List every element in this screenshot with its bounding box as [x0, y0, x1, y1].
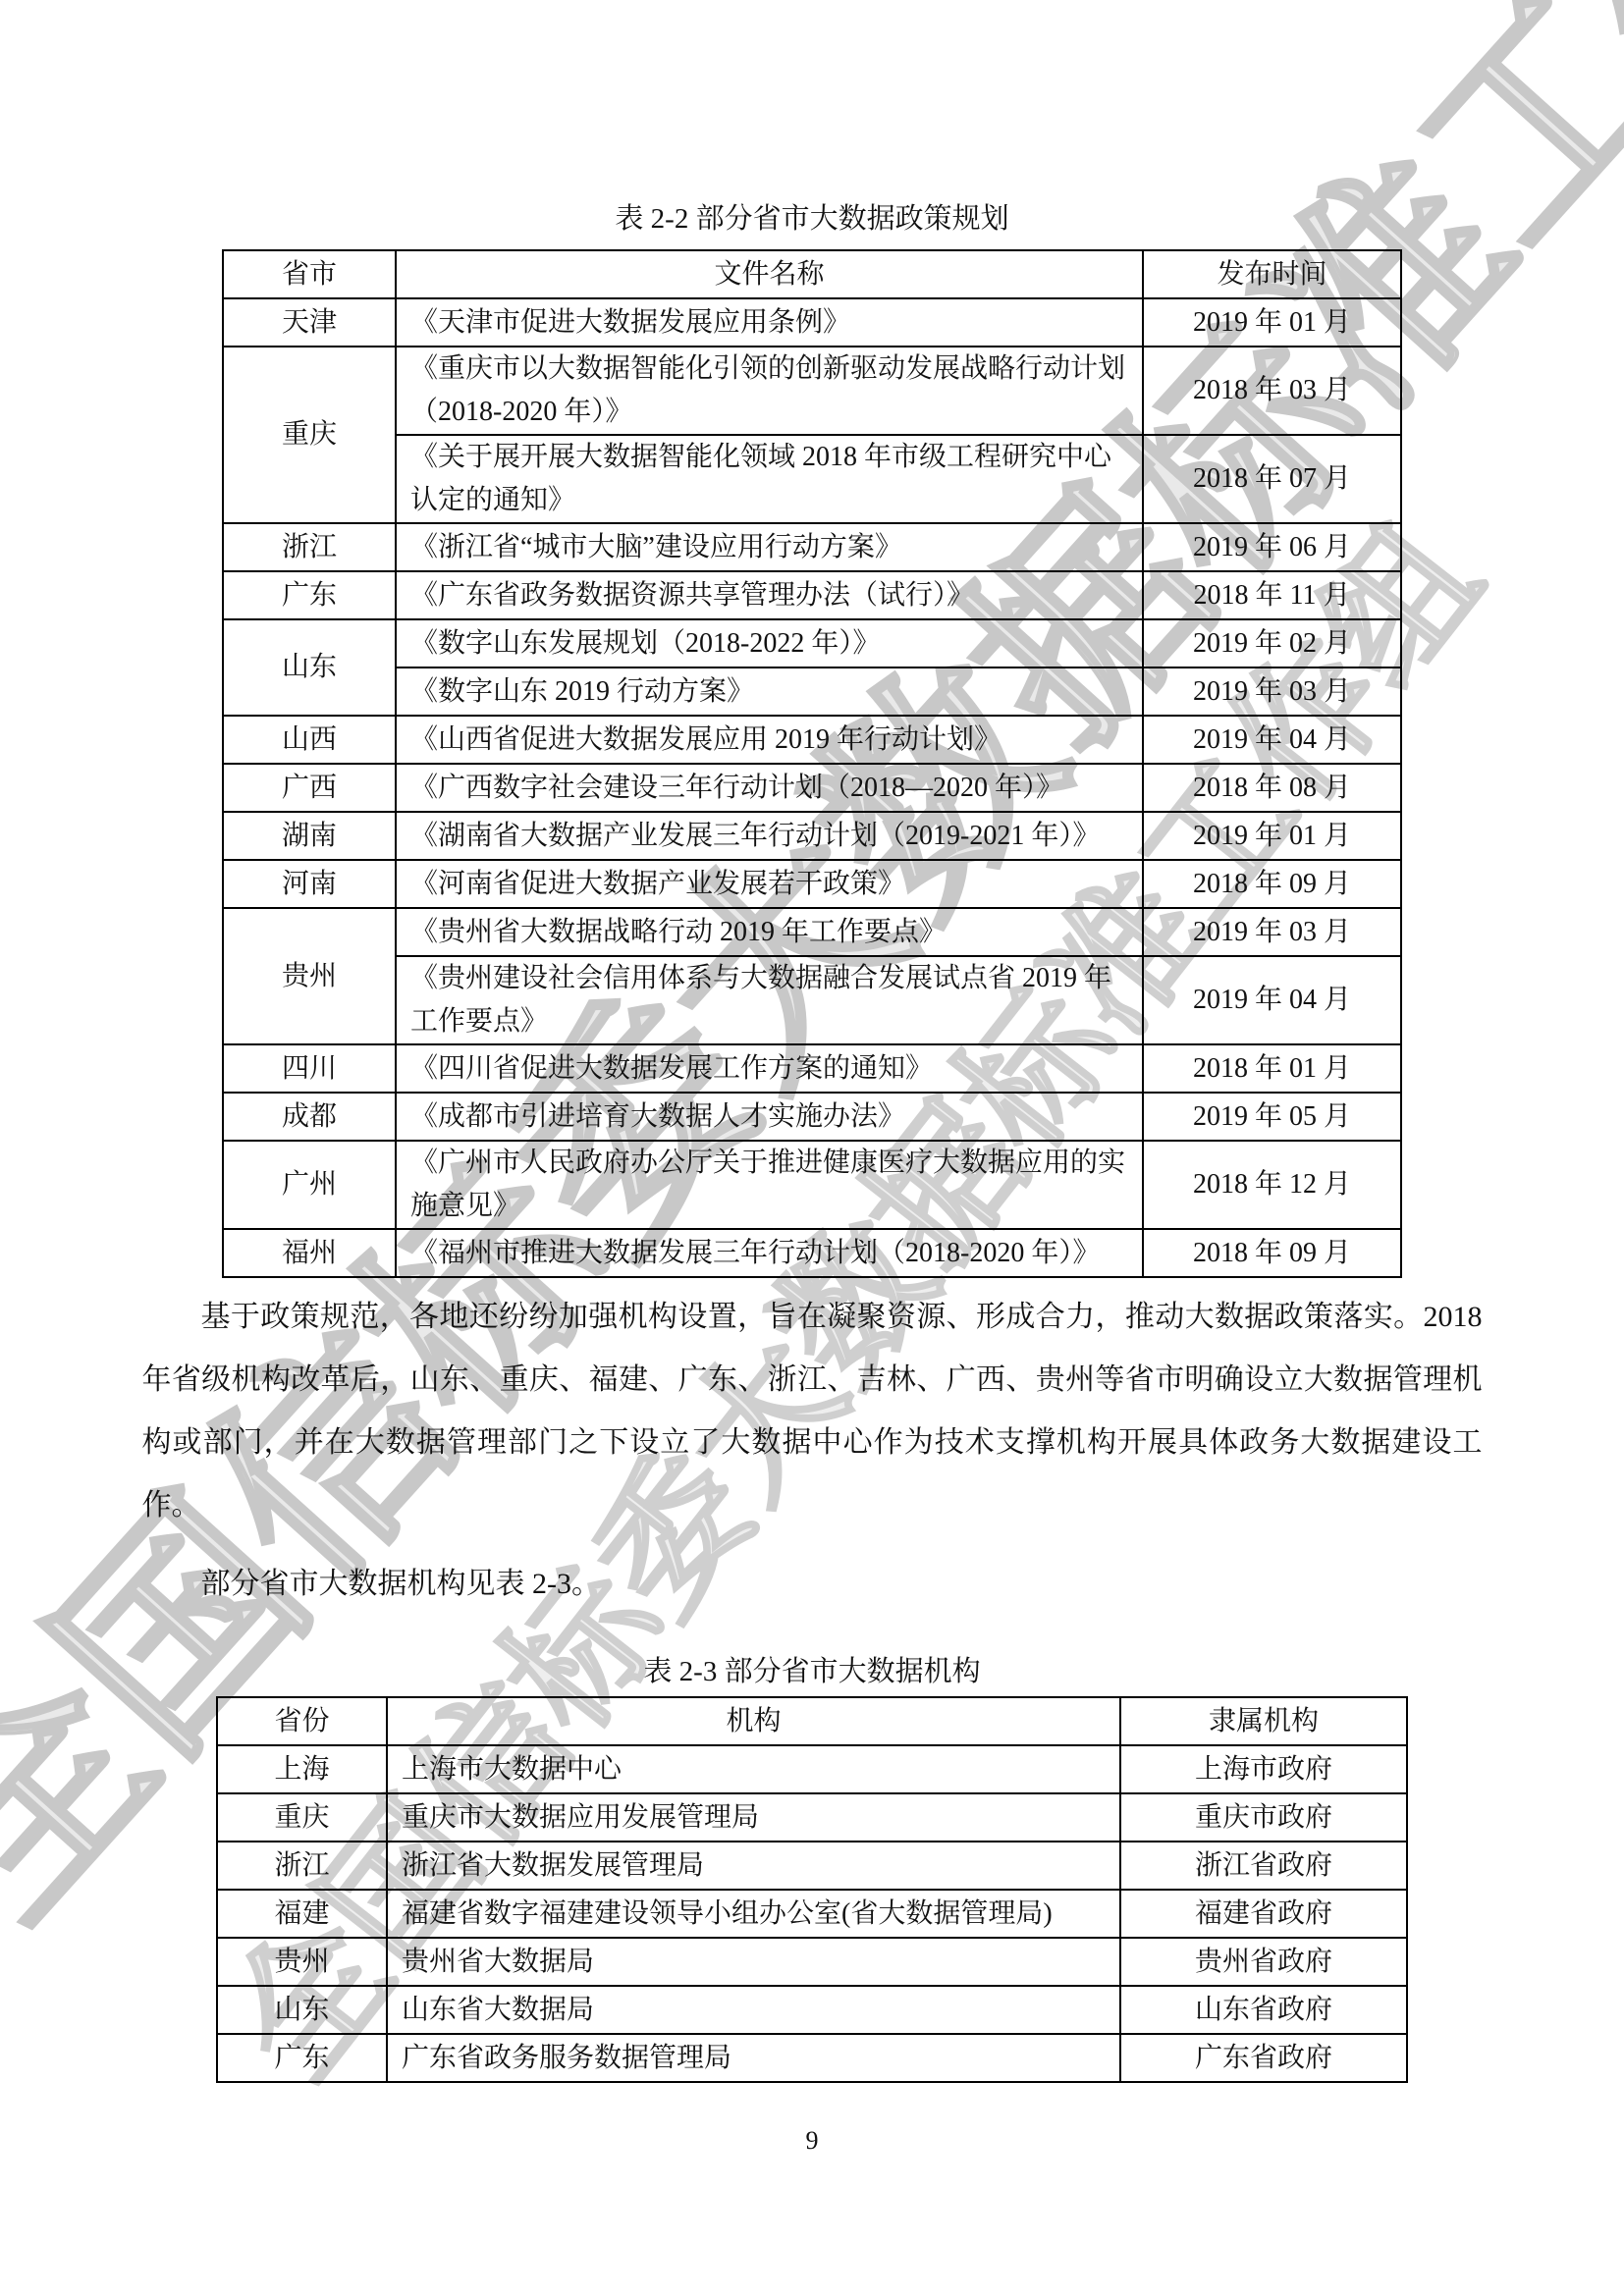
org-table-row: 山东山东省大数据局山东省政府	[217, 1986, 1407, 2034]
publish-date-cell: 2019 年 01 月	[1143, 298, 1401, 347]
province-cell: 浙江	[217, 1842, 387, 1890]
policy-table-row: 河南《河南省促进大数据产业发展若干政策》2018 年 09 月	[223, 860, 1401, 908]
column-header-document: 文件名称	[396, 250, 1143, 298]
policy-table-row: 《数字山东 2019 行动方案》2019 年 03 月	[223, 667, 1401, 716]
column-header-region: 省市	[223, 250, 396, 298]
publish-date-cell: 2018 年 12 月	[1143, 1141, 1401, 1229]
publish-date-cell: 2019 年 01 月	[1143, 812, 1401, 860]
policy-name-cell: 《湖南省大数据产业发展三年行动计划（2019-2021 年）》	[396, 812, 1143, 860]
table-2-2-caption: 表 2-2 部分省市大数据政策规划	[0, 198, 1624, 240]
policy-table-row: 福州《福州市推进大数据发展三年行动计划（2018-2020 年）》2018 年 …	[223, 1229, 1401, 1277]
column-header-date: 发布时间	[1143, 250, 1401, 298]
publish-date-cell: 2018 年 08 月	[1143, 764, 1401, 812]
policy-name-cell: 《广州市人民政府办公厅关于推进健康医疗大数据应用的实施意见》	[396, 1141, 1143, 1229]
region-cell: 广东	[223, 571, 396, 619]
parent-org-cell: 福建省政府	[1120, 1890, 1407, 1938]
policy-name-cell: 《数字山东 2019 行动方案》	[396, 667, 1143, 716]
org-name-cell: 上海市大数据中心	[387, 1745, 1120, 1793]
column-header-province: 省份	[217, 1697, 387, 1745]
org-name-cell: 福建省数字福建建设领导小组办公室(省大数据管理局)	[387, 1890, 1120, 1938]
parent-org-cell: 贵州省政府	[1120, 1938, 1407, 1986]
page-content: 表 2-2 部分省市大数据政策规划 省市 文件名称 发布时间 天津《天津市促进大…	[0, 0, 1624, 2296]
publish-date-cell: 2019 年 04 月	[1143, 716, 1401, 764]
region-cell: 贵州	[223, 908, 396, 1044]
policy-name-cell: 《贵州省大数据战略行动 2019 年工作要点》	[396, 908, 1143, 956]
region-cell: 河南	[223, 860, 396, 908]
region-cell: 湖南	[223, 812, 396, 860]
region-cell: 天津	[223, 298, 396, 347]
policy-name-cell: 《广东省政务数据资源共享管理办法（试行）》	[396, 571, 1143, 619]
region-cell: 福州	[223, 1229, 396, 1277]
policy-table-row: 成都《成都市引进培育大数据人才实施办法》2019 年 05 月	[223, 1093, 1401, 1141]
region-cell: 山东	[223, 619, 396, 716]
policy-table-row: 湖南《湖南省大数据产业发展三年行动计划（2019-2021 年）》2019 年 …	[223, 812, 1401, 860]
publish-date-cell: 2018 年 01 月	[1143, 1044, 1401, 1093]
region-cell: 成都	[223, 1093, 396, 1141]
publish-date-cell: 2019 年 06 月	[1143, 523, 1401, 571]
policy-name-cell: 《福州市推进大数据发展三年行动计划（2018-2020 年）》	[396, 1229, 1143, 1277]
policy-name-cell: 《浙江省“城市大脑”建设应用行动方案》	[396, 523, 1143, 571]
policy-table-row: 天津《天津市促进大数据发展应用条例》2019 年 01 月	[223, 298, 1401, 347]
policy-table-row: 《关于展开展大数据智能化领域 2018 年市级工程研究中心认定的通知》2018 …	[223, 435, 1401, 523]
policy-name-cell: 《广西数字社会建设三年行动计划（2018—2020 年）》	[396, 764, 1143, 812]
org-name-cell: 贵州省大数据局	[387, 1938, 1120, 1986]
policy-table-header-row: 省市 文件名称 发布时间	[223, 250, 1401, 298]
policy-name-cell: 《成都市引进培育大数据人才实施办法》	[396, 1093, 1143, 1141]
policy-table-row: 四川《四川省促进大数据发展工作方案的通知》2018 年 01 月	[223, 1044, 1401, 1093]
parent-org-cell: 浙江省政府	[1120, 1842, 1407, 1890]
policy-table-body: 天津《天津市促进大数据发展应用条例》2019 年 01 月重庆《重庆市以大数据智…	[223, 298, 1401, 1277]
policy-name-cell: 《关于展开展大数据智能化领域 2018 年市级工程研究中心认定的通知》	[396, 435, 1143, 523]
table-2-3-caption: 表 2-3 部分省市大数据机构	[0, 1651, 1624, 1692]
publish-date-cell: 2018 年 09 月	[1143, 1229, 1401, 1277]
org-table-row: 浙江浙江省大数据发展管理局浙江省政府	[217, 1842, 1407, 1890]
parent-org-cell: 重庆市政府	[1120, 1793, 1407, 1842]
org-table-row: 广东广东省政务服务数据管理局广东省政府	[217, 2034, 1407, 2082]
region-cell: 四川	[223, 1044, 396, 1093]
document-page: { "page": { "number": "9", "watermark": …	[0, 0, 1624, 2296]
org-table-row: 贵州贵州省大数据局贵州省政府	[217, 1938, 1407, 1986]
body-paragraph-1: 基于政策规范，各地还纷纷加强机构设置，旨在凝聚资源、形成合力，推动大数据政策落实…	[142, 1286, 1483, 1537]
province-cell: 广东	[217, 2034, 387, 2082]
org-table-row: 重庆重庆市大数据应用发展管理局重庆市政府	[217, 1793, 1407, 1842]
province-cell: 重庆	[217, 1793, 387, 1842]
region-cell: 广州	[223, 1141, 396, 1229]
policy-table-row: 广州《广州市人民政府办公厅关于推进健康医疗大数据应用的实施意见》2018 年 1…	[223, 1141, 1401, 1229]
org-table-row: 上海上海市大数据中心上海市政府	[217, 1745, 1407, 1793]
publish-date-cell: 2018 年 07 月	[1143, 435, 1401, 523]
policy-name-cell: 《四川省促进大数据发展工作方案的通知》	[396, 1044, 1143, 1093]
policy-name-cell: 《数字山东发展规划（2018-2022 年）》	[396, 619, 1143, 667]
policy-table-row: 广西《广西数字社会建设三年行动计划（2018—2020 年）》2018 年 08…	[223, 764, 1401, 812]
region-cell: 山西	[223, 716, 396, 764]
org-name-cell: 浙江省大数据发展管理局	[387, 1842, 1120, 1890]
page-number: 9	[0, 2126, 1624, 2156]
region-cell: 广西	[223, 764, 396, 812]
body-paragraph-2: 部分省市大数据机构见表 2-3。	[142, 1553, 1483, 1616]
publish-date-cell: 2019 年 03 月	[1143, 667, 1401, 716]
org-name-cell: 重庆市大数据应用发展管理局	[387, 1793, 1120, 1842]
policy-table-row: 《贵州建设社会信用体系与大数据融合发展试点省 2019 年工作要点》2019 年…	[223, 956, 1401, 1044]
region-cell: 重庆	[223, 347, 396, 523]
publish-date-cell: 2018 年 09 月	[1143, 860, 1401, 908]
province-cell: 上海	[217, 1745, 387, 1793]
publish-date-cell: 2019 年 05 月	[1143, 1093, 1401, 1141]
org-table-row: 福建福建省数字福建建设领导小组办公室(省大数据管理局)福建省政府	[217, 1890, 1407, 1938]
org-table: 省份 机构 隶属机构 上海上海市大数据中心上海市政府重庆重庆市大数据应用发展管理…	[216, 1696, 1408, 2083]
org-table-header-row: 省份 机构 隶属机构	[217, 1697, 1407, 1745]
org-table-body: 上海上海市大数据中心上海市政府重庆重庆市大数据应用发展管理局重庆市政府浙江浙江省…	[217, 1745, 1407, 2082]
policy-table-row: 重庆《重庆市以大数据智能化引领的创新驱动发展战略行动计划（2018-2020 年…	[223, 347, 1401, 435]
policy-table-row: 广东《广东省政务数据资源共享管理办法（试行）》2018 年 11 月	[223, 571, 1401, 619]
policy-table-row: 山西《山西省促进大数据发展应用 2019 年行动计划》2019 年 04 月	[223, 716, 1401, 764]
policy-name-cell: 《重庆市以大数据智能化引领的创新驱动发展战略行动计划（2018-2020 年）》	[396, 347, 1143, 435]
province-cell: 福建	[217, 1890, 387, 1938]
province-cell: 山东	[217, 1986, 387, 2034]
policy-name-cell: 《贵州建设社会信用体系与大数据融合发展试点省 2019 年工作要点》	[396, 956, 1143, 1044]
region-cell: 浙江	[223, 523, 396, 571]
policy-table-row: 浙江《浙江省“城市大脑”建设应用行动方案》2019 年 06 月	[223, 523, 1401, 571]
publish-date-cell: 2018 年 11 月	[1143, 571, 1401, 619]
province-cell: 贵州	[217, 1938, 387, 1986]
policy-name-cell: 《河南省促进大数据产业发展若干政策》	[396, 860, 1143, 908]
org-name-cell: 广东省政务服务数据管理局	[387, 2034, 1120, 2082]
parent-org-cell: 上海市政府	[1120, 1745, 1407, 1793]
policy-name-cell: 《天津市促进大数据发展应用条例》	[396, 298, 1143, 347]
policy-name-cell: 《山西省促进大数据发展应用 2019 年行动计划》	[396, 716, 1143, 764]
policy-table-row: 山东《数字山东发展规划（2018-2022 年）》2019 年 02 月	[223, 619, 1401, 667]
publish-date-cell: 2019 年 04 月	[1143, 956, 1401, 1044]
parent-org-cell: 山东省政府	[1120, 1986, 1407, 2034]
publish-date-cell: 2018 年 03 月	[1143, 347, 1401, 435]
publish-date-cell: 2019 年 02 月	[1143, 619, 1401, 667]
column-header-org: 机构	[387, 1697, 1120, 1745]
org-name-cell: 山东省大数据局	[387, 1986, 1120, 2034]
policy-table: 省市 文件名称 发布时间 天津《天津市促进大数据发展应用条例》2019 年 01…	[222, 249, 1402, 1278]
policy-table-row: 贵州《贵州省大数据战略行动 2019 年工作要点》2019 年 03 月	[223, 908, 1401, 956]
publish-date-cell: 2019 年 03 月	[1143, 908, 1401, 956]
column-header-parent-org: 隶属机构	[1120, 1697, 1407, 1745]
parent-org-cell: 广东省政府	[1120, 2034, 1407, 2082]
